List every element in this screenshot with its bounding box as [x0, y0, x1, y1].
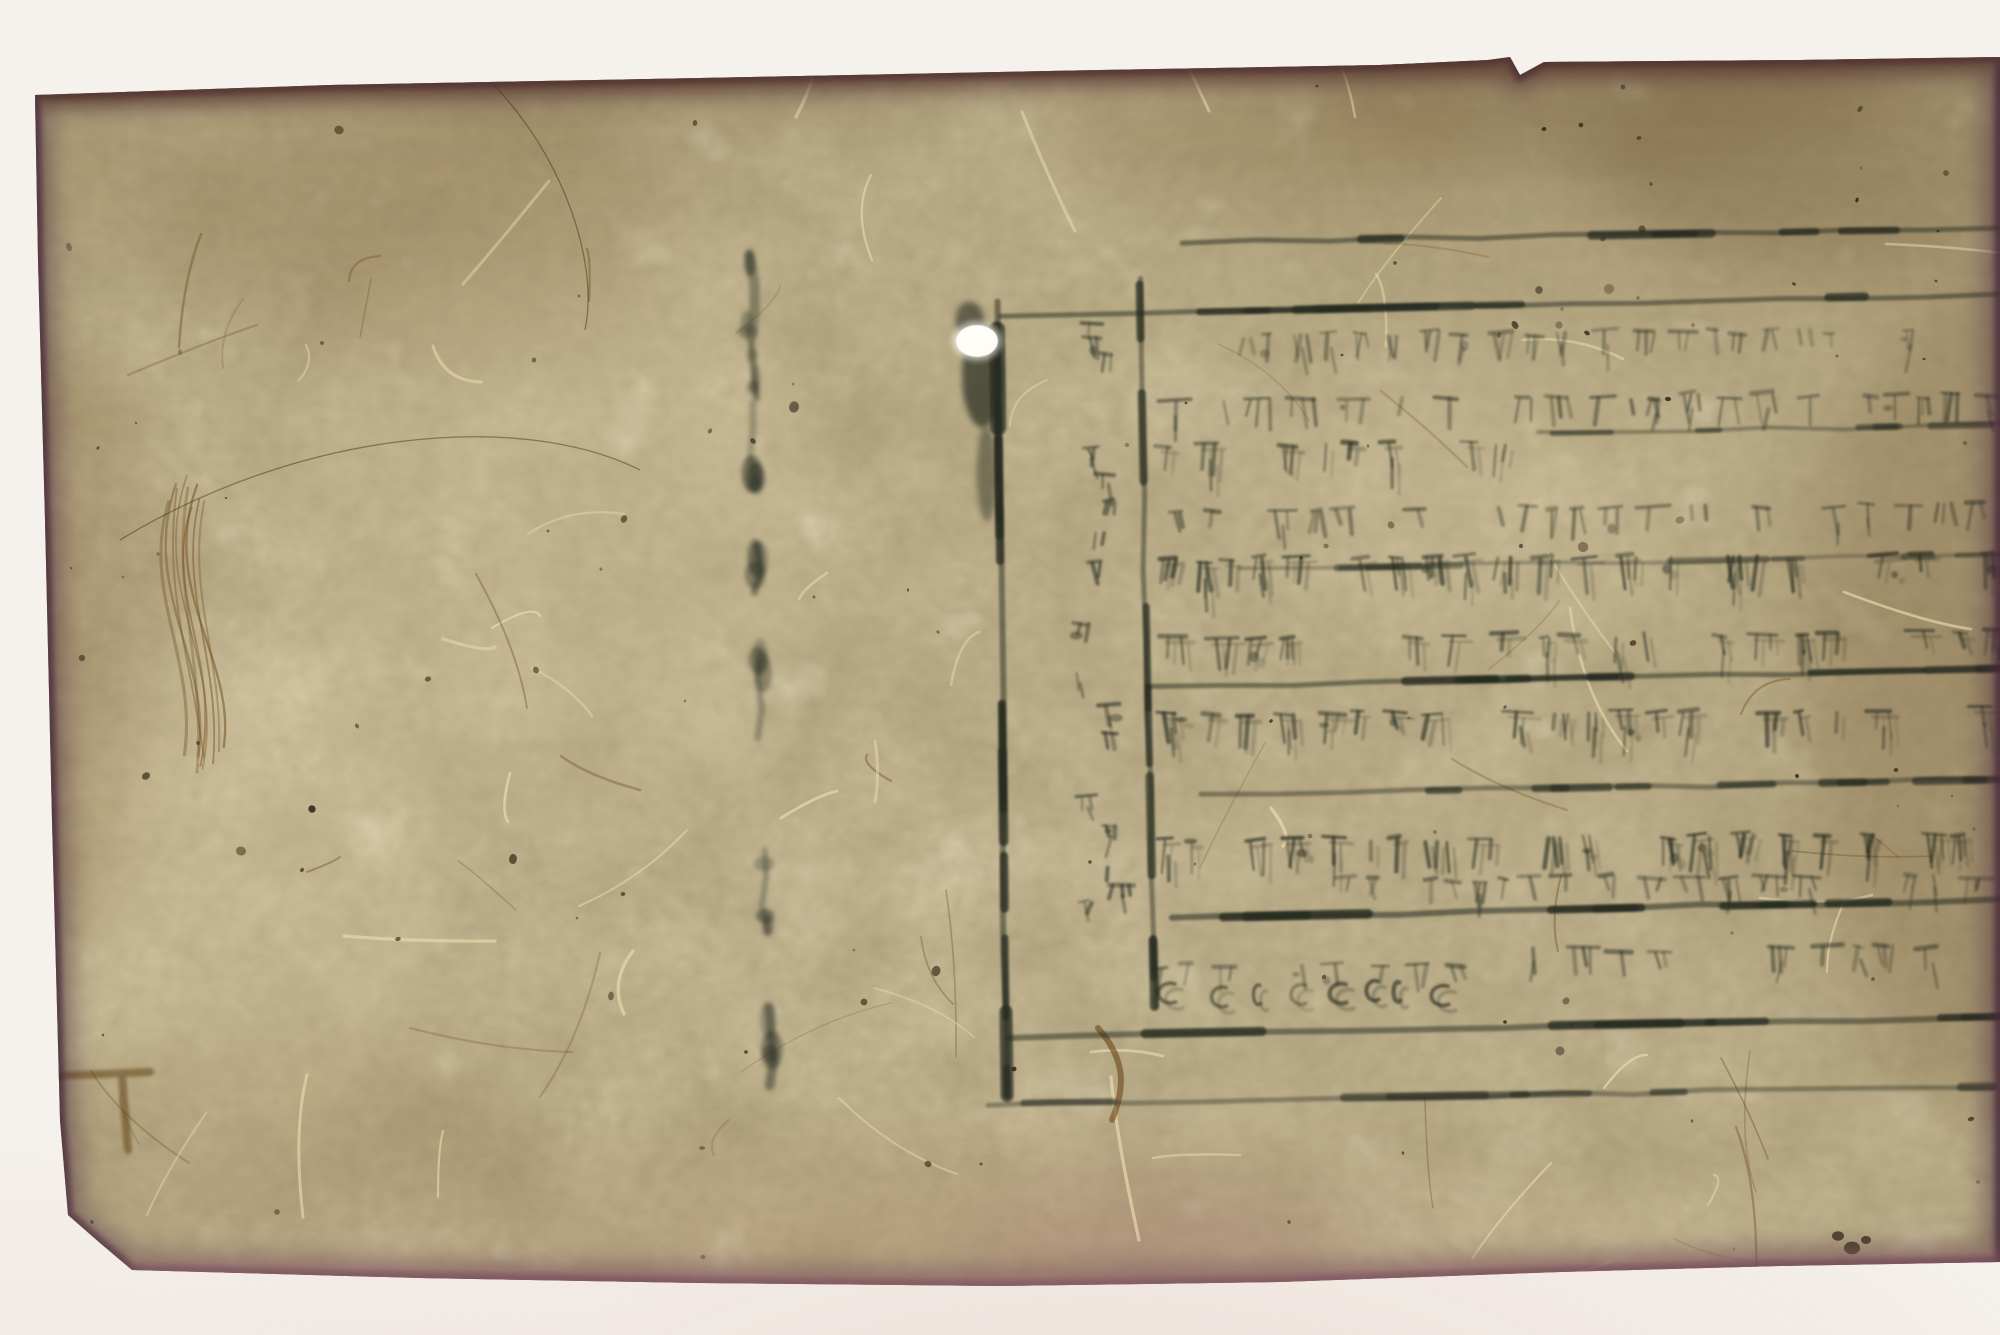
paper-texture-art	[0, 0, 2000, 1335]
photograph-background	[0, 0, 2000, 1335]
paper-hole	[952, 321, 1002, 361]
paper-sheet	[0, 0, 2000, 1335]
